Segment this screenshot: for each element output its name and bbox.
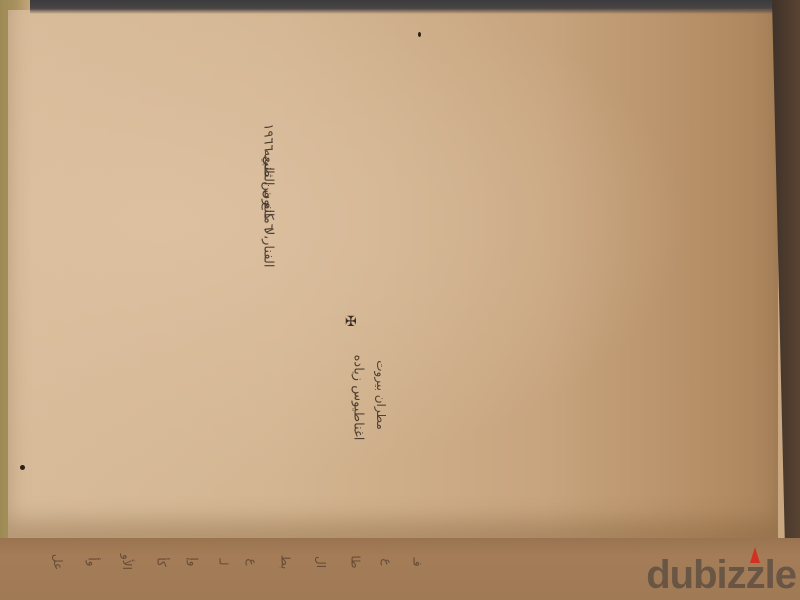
text-fragment: الأو <box>120 554 134 570</box>
text-fragment: ع <box>246 558 260 565</box>
dubizzle-watermark: dubizzle <box>646 553 796 598</box>
text-fragment: فـ <box>411 557 425 566</box>
book-page: لا مانع من طبعه الفنار، ٦ كانون الثاني ١… <box>8 10 778 540</box>
background-surface <box>30 0 800 14</box>
signatory-title: مطران بيروت <box>374 340 388 450</box>
photo-scene: لا مانع من طبعه الفنار، ٦ كانون الثاني ١… <box>0 0 800 600</box>
flame-icon <box>750 547 760 563</box>
text-fragment: وأ <box>86 557 100 566</box>
ink-spot <box>418 32 421 37</box>
text-fragment: ع <box>381 558 395 565</box>
watermark-text: dubizzle <box>646 553 796 597</box>
place-date-line: الفنار، ٦ كانون الثاني ١٩٦٦ <box>261 76 276 316</box>
next-page-text: عل وأ الأو كأ وإ لـ ع بط ال طا ع فـ <box>50 555 610 600</box>
text-fragment: عل <box>51 554 65 570</box>
ink-spot <box>20 465 25 470</box>
cross-icon: ✠ <box>345 314 357 330</box>
text-fragment: طا <box>349 555 363 568</box>
signatory-name: اغناطيوس زياده <box>351 338 366 458</box>
text-fragment: ال <box>314 556 328 568</box>
text-fragment: بط <box>279 555 293 570</box>
text-fragment: كأ <box>155 557 169 566</box>
text-fragment: لـ <box>216 558 230 565</box>
text-fragment: وإ <box>186 557 200 566</box>
